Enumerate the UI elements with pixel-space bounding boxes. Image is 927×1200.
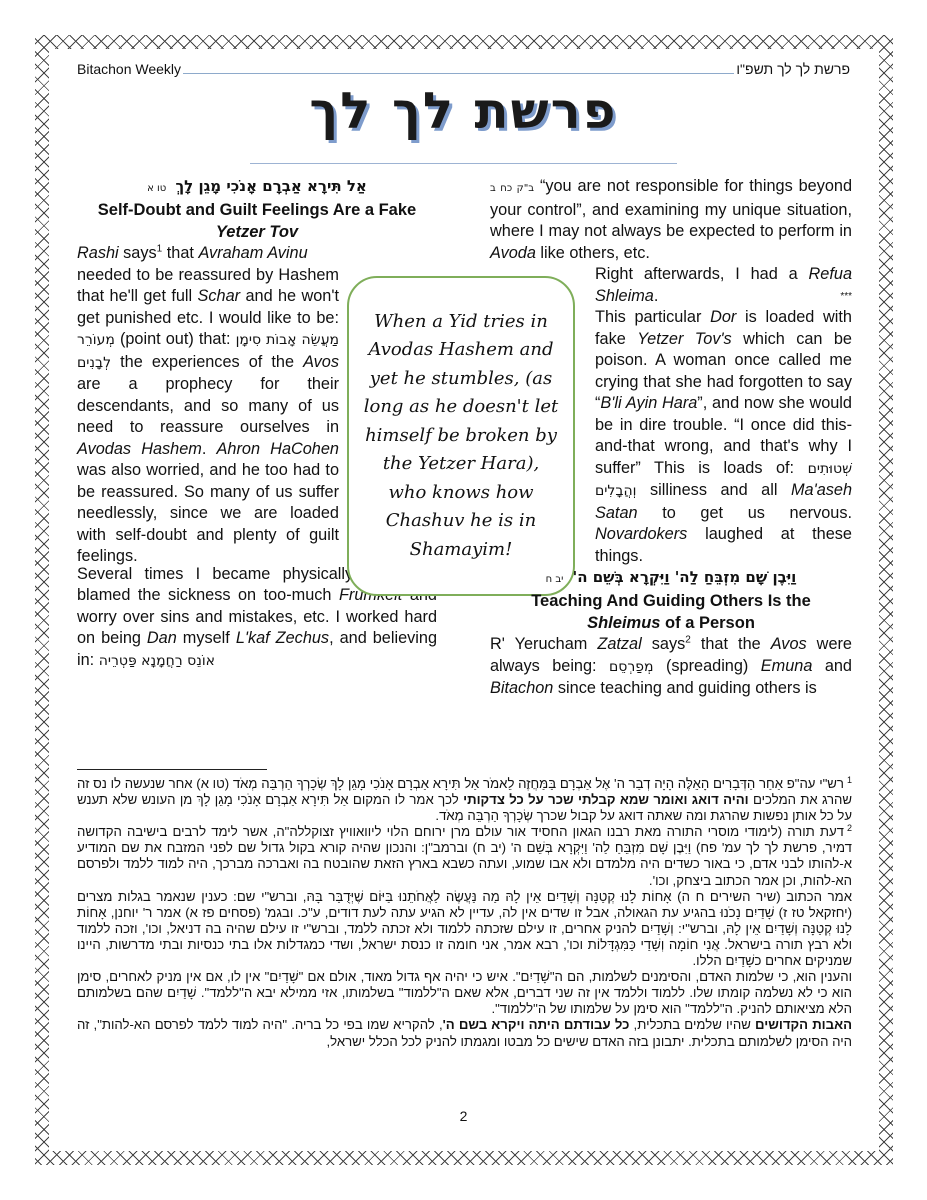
footnote-1: 1רש"י עה"פ אַחַר הַדְּבָרִים הָאֵלֶּה הָ… bbox=[77, 776, 852, 824]
section1-verse-ref: טו א bbox=[147, 183, 166, 194]
footnote-separator bbox=[77, 769, 267, 770]
right-column: ב"ק כח ב “you are not responsible for th… bbox=[490, 176, 852, 700]
title-rule bbox=[250, 163, 677, 164]
talmud-ref: ב"ק כח ב bbox=[490, 183, 534, 194]
page-number: 2 bbox=[0, 1108, 927, 1124]
header-parsha-year: פרשת לך לך תשפ"ו bbox=[736, 61, 850, 77]
section1-hebrew-heading: אַל תִּירָא אַבְרָם אָנֹכִי מָגֵן לָךְ ט… bbox=[77, 176, 437, 199]
right-paragraph-2: Right afterwards, I had a Refua Shleima.… bbox=[595, 264, 852, 307]
footnotes: 1רש"י עה"פ אַחַר הַדְּבָרִים הָאֵלֶּה הָ… bbox=[77, 776, 852, 1050]
footnote-2-para-4: האבות הקדושים שהיו שלמים בתכלית, כל עבוד… bbox=[77, 1017, 852, 1049]
footnote-2-para-2: אמר הכתוב (שיר השירים ח ה) אָחוֹת לָנוּ … bbox=[77, 889, 852, 969]
right-paragraph-3: This particular Dor is loaded with fake … bbox=[595, 307, 852, 567]
left-wrapped-text: needed to be reassured by Hashem that he… bbox=[77, 265, 339, 568]
right-paragraph-4: R' Yerucham Zatzal says2 that the Avos w… bbox=[490, 634, 852, 700]
header-publication-name: Bitachon Weekly bbox=[77, 61, 181, 77]
section1-title: Self-Doubt and Guilt Feelings Are a Fake… bbox=[77, 199, 437, 243]
footnote-2-para-3: והענין הוא, כי שלמות האדם, והסימנים לשלמ… bbox=[77, 969, 852, 1017]
left-paragraph-1: Rashi says1 that Avraham Avinu bbox=[77, 243, 437, 265]
page-header: Bitachon Weekly פרשת לך לך תשפ"ו bbox=[77, 55, 850, 77]
header-rule bbox=[183, 73, 734, 74]
section2-hebrew-heading: וַיִּבֶן שָׁם מִזְבֵּחַ לַה' וַיִּקְרָא … bbox=[490, 567, 852, 590]
right-paragraph-1: ב"ק כח ב “you are not responsible for th… bbox=[490, 176, 852, 264]
right-wrapped-text: Right afterwards, I had a Refua Shleima.… bbox=[595, 264, 852, 567]
section-divider-stars: *** bbox=[840, 286, 852, 308]
section2-verse-ref: יב ח bbox=[546, 574, 564, 585]
footnote-2: 2דעת תורה (לימודי מוסרי התורה מאת רבנו ה… bbox=[77, 824, 852, 888]
section2-title: Teaching And Guiding Others Is the Shlei… bbox=[490, 590, 852, 634]
page-title: פרשת לך לך bbox=[250, 82, 677, 140]
